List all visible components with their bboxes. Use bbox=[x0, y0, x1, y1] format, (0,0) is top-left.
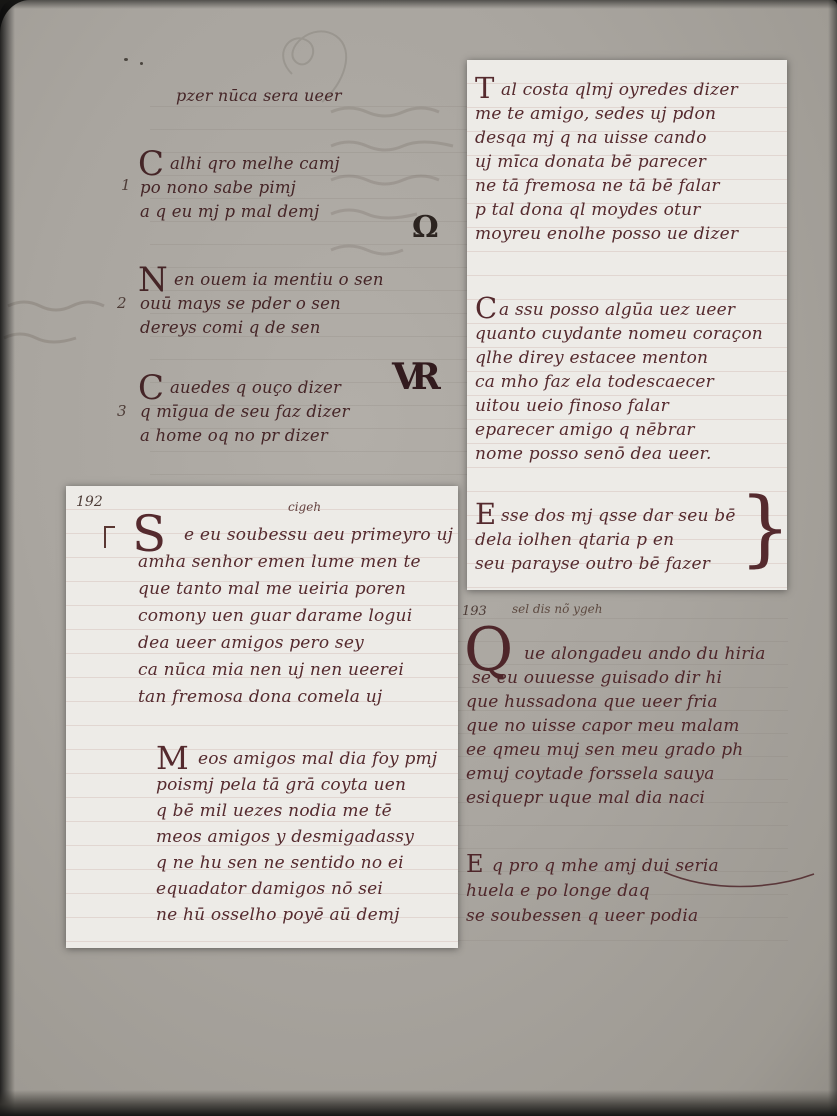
verse-line: q ne hu sen ne sentido no ei bbox=[156, 850, 437, 876]
verse-line: ca nūca mia nen uj nen ueerei bbox=[138, 657, 453, 684]
stanza: C a ssu posso algūa uez ueer quanto cuyd… bbox=[475, 298, 763, 466]
verse-line: uitou ueio finoso falar bbox=[475, 394, 763, 418]
facsimile-overlay-bottom-left: 192 cigeh S e eu soubessu aeu primeyro u… bbox=[66, 486, 458, 948]
drop-cap-initial: E bbox=[466, 852, 484, 876]
verse-line: po nono sabe pimj bbox=[140, 176, 340, 200]
drop-cap-initial: T bbox=[475, 74, 495, 103]
bleedthrough-text bbox=[326, 100, 466, 270]
verse-line: comony uen guar darame logui bbox=[138, 603, 453, 630]
verse-line: q mīgua de seu faz dizer bbox=[140, 400, 350, 424]
stanza-number-3: 3 bbox=[117, 402, 127, 420]
verse-line: que no uisse capor meu malam bbox=[466, 714, 766, 738]
verse-line: auedes q ouço dizer bbox=[140, 376, 350, 400]
manuscript-page: pzer nūca sera ueer 1 C alhi qro melhe c… bbox=[0, 0, 837, 1116]
verse-line: meos amigos y desmigadassy bbox=[156, 824, 437, 850]
verse-line: amha senhor emen lume men te bbox=[138, 549, 453, 576]
stanza-brace: } bbox=[739, 488, 791, 570]
verse-line: huela e po longe daq bbox=[466, 879, 719, 904]
verse-line: quanto cuydante nomeu coraçon bbox=[475, 322, 763, 346]
verse-line: en ouem ia mentiu o sen bbox=[140, 268, 384, 292]
stanza: Q ue alongadeu ando du hiria se eu ouues… bbox=[466, 642, 766, 810]
ink-speck bbox=[124, 58, 128, 61]
verse-line: que hussadona que ueer fria bbox=[466, 690, 766, 714]
drop-cap-initial: S bbox=[132, 509, 166, 559]
initial-fragment-glyph: Ω bbox=[412, 210, 439, 245]
stanza: C alhi qro melhe camj po nono sabe pimj … bbox=[140, 152, 340, 224]
verse-line: equadator damigos nō sei bbox=[156, 876, 437, 902]
folio-number: 192 bbox=[76, 494, 103, 510]
verse-line: pzer nūca sera ueer bbox=[176, 86, 342, 105]
verse-line: dela iolhen qtaria p en bbox=[475, 528, 736, 552]
stanza: E sse dos mj qsse dar seu bē dela iolhen… bbox=[475, 504, 736, 576]
stanza: S e eu soubessu aeu primeyro uj amha sen… bbox=[138, 522, 453, 711]
decorative-monogram: VR bbox=[392, 356, 432, 398]
facsimile-overlay-top-right: T al costa qlmj oyredes dizer me te amig… bbox=[467, 60, 787, 590]
drop-cap-initial: M bbox=[156, 742, 189, 774]
verse-line: eos amigos mal dia foy pmj bbox=[156, 746, 437, 772]
verse-line: alhi qro melhe camj bbox=[140, 152, 340, 176]
verse-line: q bē mil uezes nodia me tē bbox=[156, 798, 437, 824]
drop-cap-initial: C bbox=[138, 147, 164, 181]
verse-line: tan fremosa dona comela uj bbox=[138, 684, 453, 711]
verse-line: me te amigo, sedes uj pdon bbox=[475, 102, 738, 126]
stanza: C auedes q ouço dizer q mīgua de seu faz… bbox=[140, 376, 350, 448]
verse-line: a home oq no pr dizer bbox=[140, 424, 350, 448]
stanza-number-1: 1 bbox=[121, 176, 131, 194]
stanza: N en ouem ia mentiu o sen ouū mays se pd… bbox=[140, 268, 384, 340]
verse-line: uj mīca donata bē parecer bbox=[475, 150, 738, 174]
verse-line: emuj coytade forssela sauya bbox=[466, 762, 766, 786]
scribal-annotation: cigeh bbox=[288, 500, 321, 514]
scribal-annotation: sel dis nõ ygeh bbox=[512, 602, 602, 616]
paragraph-mark bbox=[104, 526, 115, 548]
verse-line: desqa mj q na uisse cando bbox=[475, 126, 738, 150]
verse-line: sse dos mj qsse dar seu bē bbox=[475, 504, 736, 528]
verse-line: a ssu posso algūa uez ueer bbox=[475, 298, 763, 322]
bleedthrough-marginalia bbox=[0, 288, 110, 358]
stanza: E q pro q mhe amj dui seria huela e po l… bbox=[466, 854, 719, 929]
verse-line: se soubessen q ueer podia bbox=[466, 904, 719, 929]
page-edge-left bbox=[0, 0, 15, 1116]
drop-cap-initial: Q bbox=[464, 620, 513, 680]
page-edge-top bbox=[0, 0, 837, 9]
drop-cap-initial: E bbox=[475, 500, 496, 529]
drop-cap-initial: C bbox=[138, 371, 164, 405]
page-edge-bottom bbox=[0, 1090, 837, 1116]
stanza: T al costa qlmj oyredes dizer me te amig… bbox=[475, 78, 738, 246]
drop-cap-initial: C bbox=[475, 294, 497, 323]
verse-line: dea ueer amigos pero sey bbox=[138, 630, 453, 657]
verse-line: eparecer amigo q nēbrar bbox=[475, 418, 763, 442]
verse-line: ne tā fremosa ne tā bē falar bbox=[475, 174, 738, 198]
verse-line: qlhe direy estacee menton bbox=[475, 346, 763, 370]
verse-line: ne hū osselho poyē aū demj bbox=[156, 902, 437, 928]
verse-line: moyreu enolhe posso ue dizer bbox=[475, 222, 738, 246]
verse-line: p tal dona ql moydes otur bbox=[475, 198, 738, 222]
verse-line: al costa qlmj oyredes dizer bbox=[475, 78, 738, 102]
verse-line: poismj pela tā grā coyta uen bbox=[156, 772, 437, 798]
verse-line: ca mho faz ela todescaecer bbox=[475, 370, 763, 394]
verse-line: e eu soubessu aeu primeyro uj bbox=[138, 522, 453, 549]
verse-line: dereys comi q de sen bbox=[140, 316, 384, 340]
verse-line: nome posso senō dea ueer. bbox=[475, 442, 763, 466]
drop-cap-initial: N bbox=[138, 263, 168, 297]
verse-line: que tanto mal me ueiria poren bbox=[138, 576, 453, 603]
verse-line: q pro q mhe amj dui seria bbox=[466, 854, 719, 879]
verse-line: seu parayse outro bē fazer bbox=[475, 552, 736, 576]
page-edge-right bbox=[828, 0, 837, 1116]
verse-line: ee qmeu muj sen meu grado ph bbox=[466, 738, 766, 762]
verse-line: a q eu mj p mal demj bbox=[140, 200, 340, 224]
stanza: M eos amigos mal dia foy pmj poismj pela… bbox=[156, 746, 437, 928]
verse-line: esiquepr uque mal dia naci bbox=[466, 786, 766, 810]
stanza-number-2: 2 bbox=[117, 294, 127, 312]
ink-speck bbox=[140, 62, 143, 65]
verse-line: ouū mays se pder o sen bbox=[140, 292, 384, 316]
